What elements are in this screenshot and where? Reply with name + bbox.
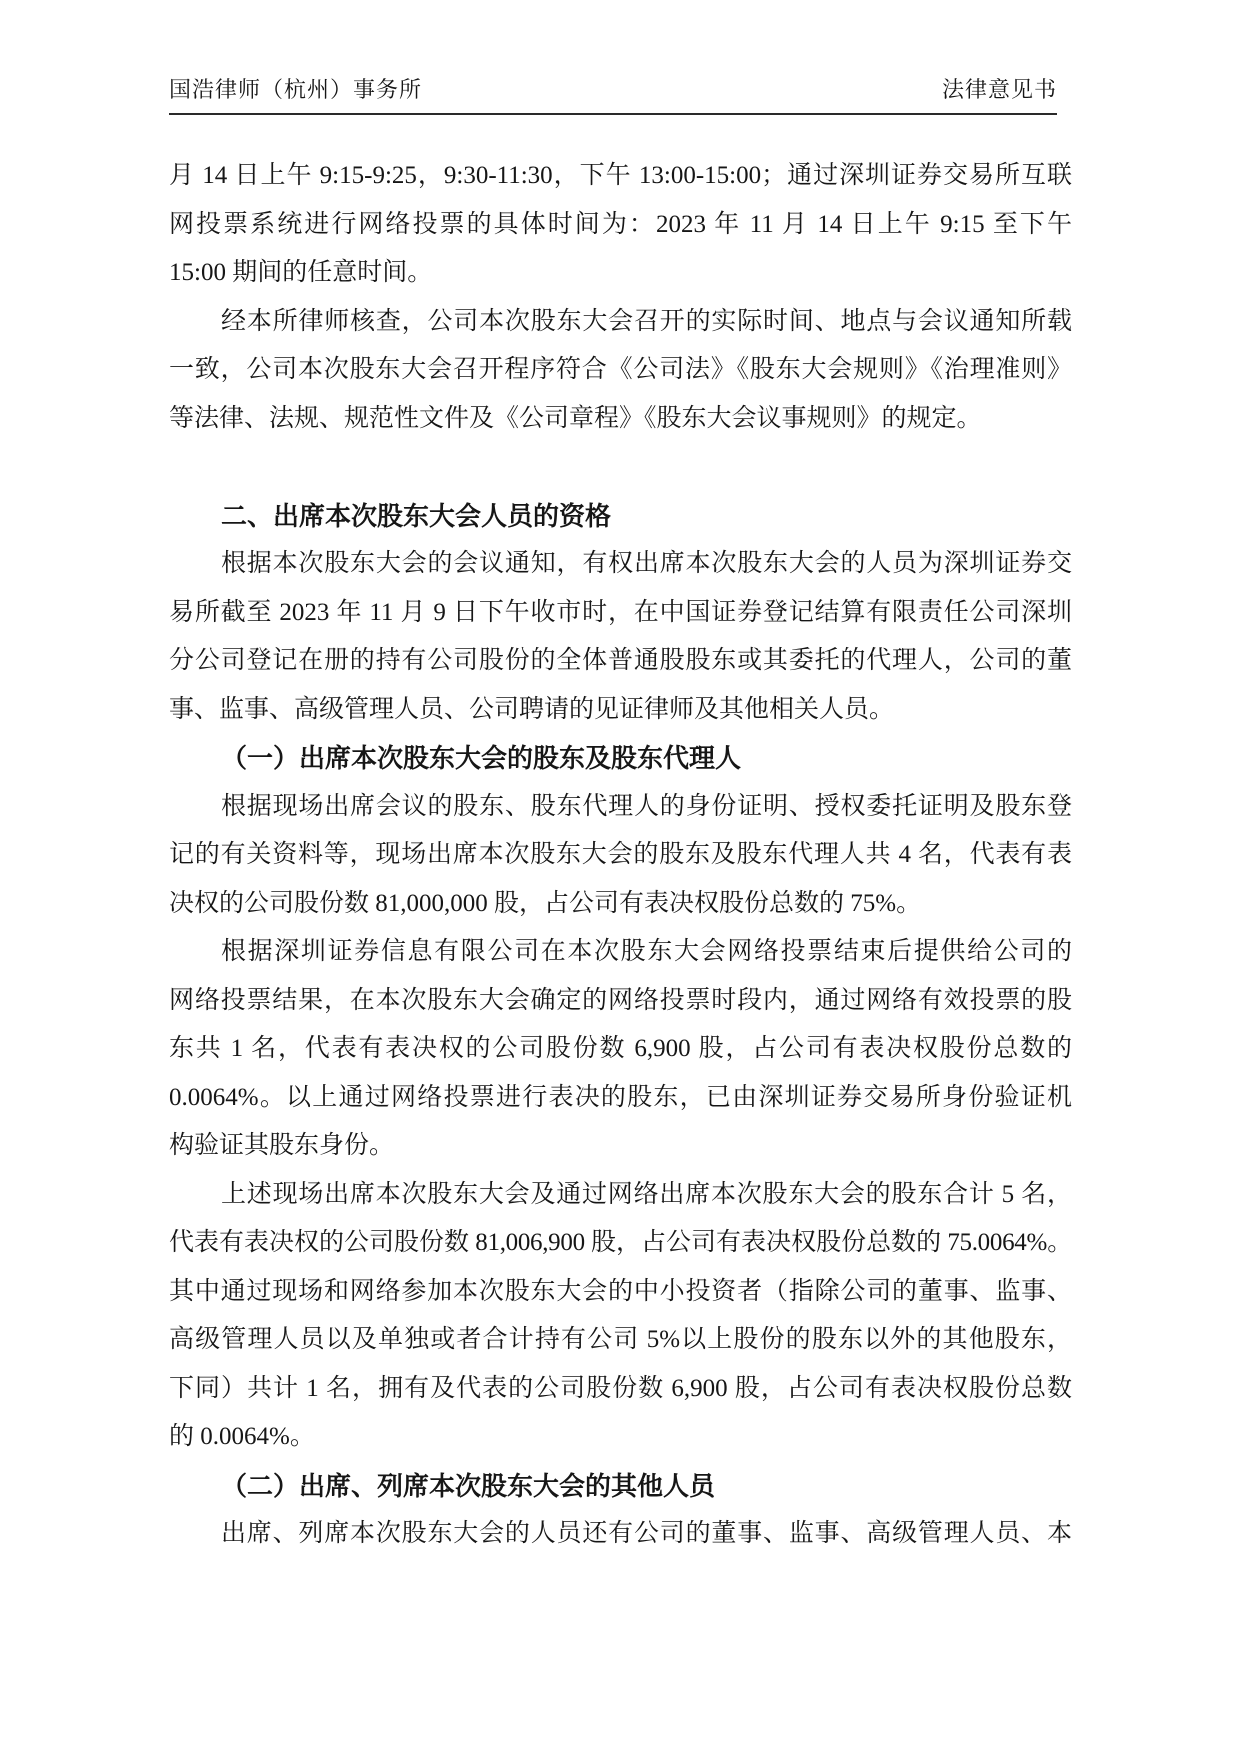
text-line: 网投票系统进行网络投票的具体时间为：2023 年 11 月 14 日上午 9:1… <box>169 201 1072 250</box>
text-line: 下同）共计 1 名，拥有及代表的公司股份数 6,900 股，占公司有表决权股份总… <box>169 1365 1072 1414</box>
header-doc-type-label: 法律意见书 <box>942 73 1057 104</box>
text-line: 网络投票结果，在本次股东大会确定的网络投票时段内，通过网络有效投票的股 <box>169 977 1072 1026</box>
text-line: 其中通过现场和网络参加本次股东大会的中小投资者（指除公司的董事、监事、 <box>169 1268 1072 1317</box>
text-line: 记的有关资料等，现场出席本次股东大会的股东及股东代理人共 4 名，代表有表 <box>169 831 1072 880</box>
text-line: 经本所律师核查，公司本次股东大会召开的实际时间、地点与会议通知所载 <box>169 298 1072 347</box>
section-heading: 二、出席本次股东大会人员的资格 <box>169 492 1072 541</box>
text-line: 事、监事、高级管理人员、公司聘请的见证律师及其他相关人员。 <box>169 686 1072 735</box>
text-line: 决权的公司股份数 81,000,000 股，占公司有表决权股份总数的 75%。 <box>169 880 1072 929</box>
section-heading: （二）出席、列席本次股东大会的其他人员 <box>169 1462 1072 1511</box>
text-line: 上述现场出席本次股东大会及通过网络出席本次股东大会的股东合计 5 名， <box>169 1171 1072 1220</box>
text-line: 出席、列席本次股东大会的人员还有公司的董事、监事、高级管理人员、本 <box>169 1510 1072 1559</box>
text-line: 根据现场出席会议的股东、股东代理人的身份证明、授权委托证明及股东登 <box>169 783 1072 832</box>
section-heading: （一）出席本次股东大会的股东及股东代理人 <box>169 734 1072 783</box>
text-line: 的 0.0064%。 <box>169 1413 1072 1462</box>
text-line: 等法律、法规、规范性文件及《公司章程》《股东大会议事规则》的规定。 <box>169 395 1072 444</box>
text-line: 一致，公司本次股东大会召开程序符合《公司法》《股东大会规则》《治理准则》 <box>169 346 1072 395</box>
document-page: 国浩律师（杭州）事务所 法律意见书 月 14 日上午 9:15-9:25，9:3… <box>0 0 1240 1753</box>
text-line: 根据本次股东大会的会议通知，有权出席本次股东大会的人员为深圳证券交 <box>169 540 1072 589</box>
text-line: 构验证其股东身份。 <box>169 1122 1072 1171</box>
section-spacer <box>169 443 1072 492</box>
text-line: 月 14 日上午 9:15-9:25，9:30-11:30，下午 13:00-1… <box>169 152 1072 201</box>
text-line: 高级管理人员以及单独或者合计持有公司 5%以上股份的股东以外的其他股东， <box>169 1316 1072 1365</box>
text-line: 0.0064%。以上通过网络投票进行表决的股东，已由深圳证券交易所身份验证机 <box>169 1074 1072 1123</box>
text-line: 易所截至 2023 年 11 月 9 日下午收市时，在中国证券登记结算有限责任公… <box>169 589 1072 638</box>
text-line: 15:00 期间的任意时间。 <box>169 249 1072 298</box>
text-line: 东共 1 名，代表有表决权的公司股份数 6,900 股，占公司有表决权股份总数的 <box>169 1025 1072 1074</box>
text-line: 代表有表决权的公司股份数 81,006,900 股，占公司有表决权股份总数的 7… <box>169 1219 1072 1268</box>
header-firm-name: 国浩律师（杭州）事务所 <box>169 73 422 104</box>
page-header: 国浩律师（杭州）事务所 法律意见书 <box>169 0 1057 115</box>
text-line: 根据深圳证券信息有限公司在本次股东大会网络投票结束后提供给公司的 <box>169 928 1072 977</box>
document-body: 月 14 日上午 9:15-9:25，9:30-11:30，下午 13:00-1… <box>169 152 1072 1559</box>
text-line: 分公司登记在册的持有公司股份的全体普通股股东或其委托的代理人，公司的董 <box>169 637 1072 686</box>
